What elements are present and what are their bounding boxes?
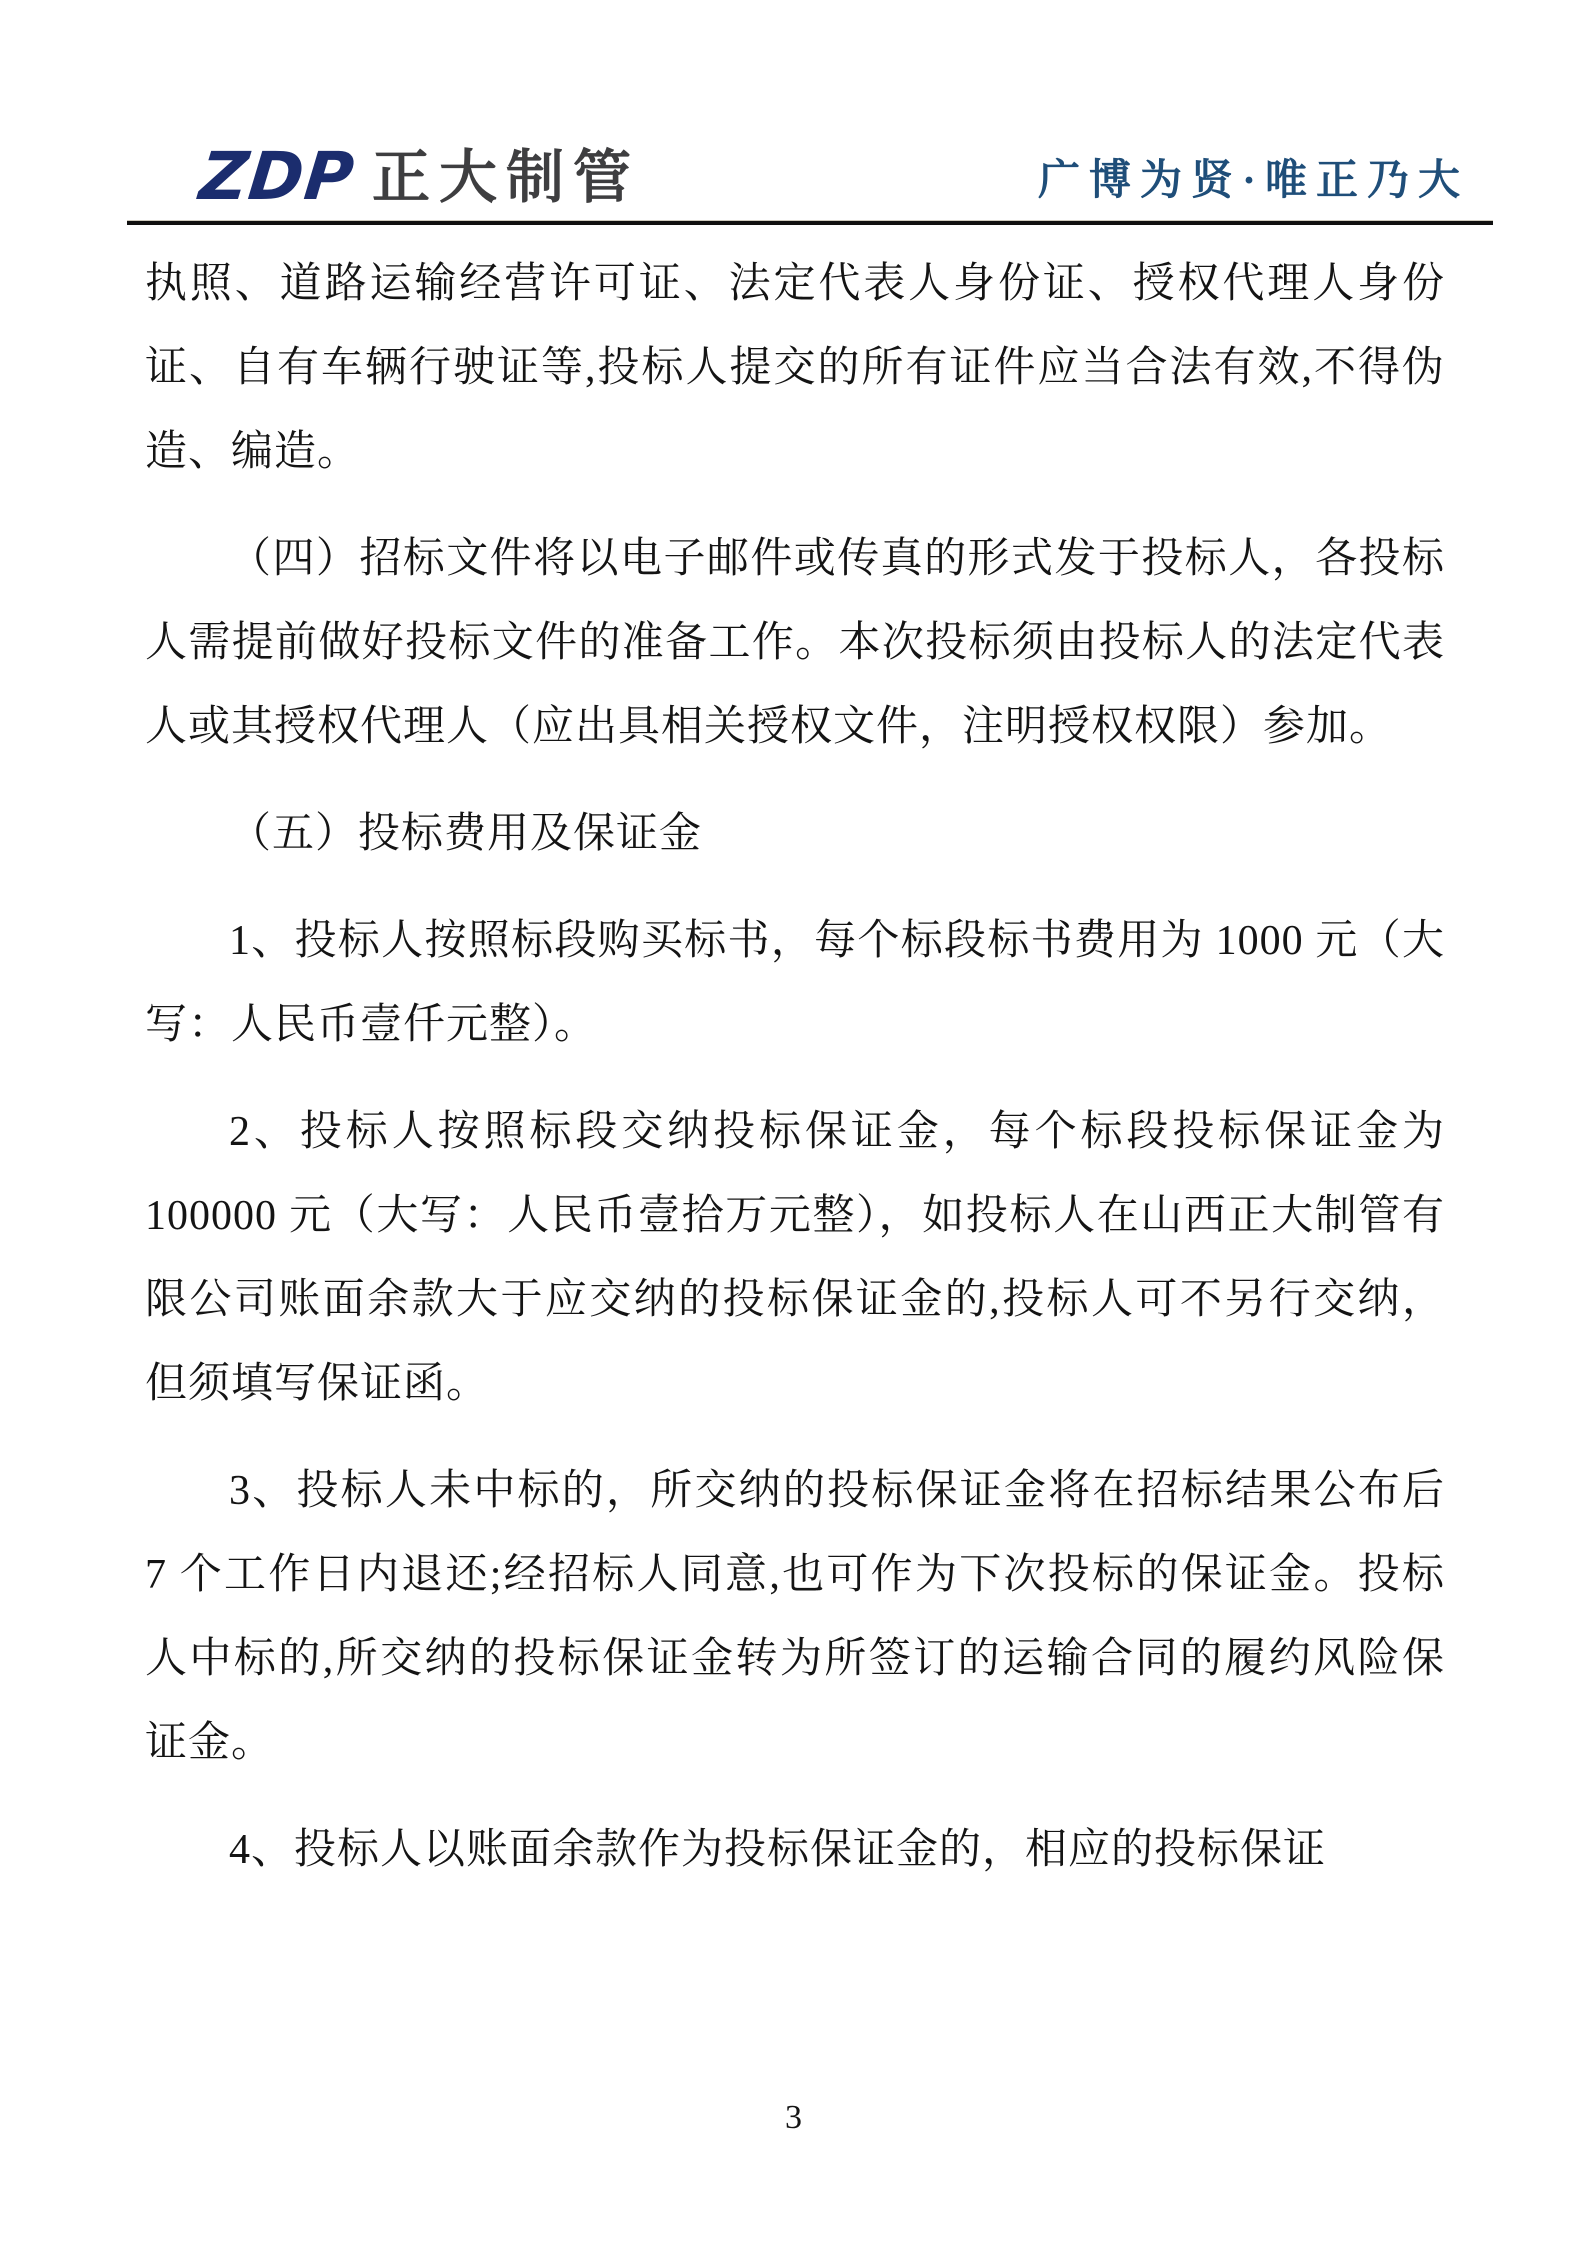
- document-body: 执照、道路运输经营许可证、法定代表人身份证、授权代理人身份证、自有车辆行驶证等,…: [145, 242, 1445, 1915]
- paragraph-continuation: 执照、道路运输经营许可证、法定代表人身份证、授权代理人身份证、自有车辆行驶证等,…: [145, 242, 1445, 494]
- paragraph-sub-3: 3、投标人未中标的，所交纳的投标保证金将在招标结果公布后 7 个工作日内退还;经…: [145, 1449, 1445, 1785]
- paragraph-sub-1: 1、投标人按照标段购买标书，每个标段标书费用为 1000 元（大写：人民币壹仟元…: [145, 899, 1445, 1067]
- paragraph-sub-2: 2、投标人按照标段交纳投标保证金，每个标段投标保证金为 100000 元（大写：…: [145, 1090, 1445, 1426]
- paragraph-item-4: （四）招标文件将以电子邮件或传真的形式发于投标人，各投标人需提前做好投标文件的准…: [145, 517, 1445, 769]
- zdp-logo-icon: ZDP: [197, 144, 358, 210]
- page-footer: 3: [0, 2101, 1587, 2135]
- page-header: ZDP 正大制管 广博为贤·唯正乃大: [0, 0, 1587, 225]
- company-name: 正大制管: [372, 148, 640, 206]
- paragraph-item-5-heading: （五）投标费用及保证金: [145, 792, 1445, 876]
- company-logo: ZDP 正大制管: [145, 144, 640, 210]
- company-slogan: 广博为贤·唯正乃大: [1038, 158, 1469, 210]
- header-divider: [127, 220, 1493, 225]
- paragraph-sub-4: 4、投标人以账面余款作为投标保证金的，相应的投标保证: [145, 1808, 1445, 1892]
- document-page: ZDP 正大制管 广博为贤·唯正乃大 执照、道路运输经营许可证、法定代表人身份证…: [0, 0, 1587, 2245]
- header-row: ZDP 正大制管 广博为贤·唯正乃大: [145, 118, 1469, 210]
- page-number: 3: [785, 2099, 802, 2136]
